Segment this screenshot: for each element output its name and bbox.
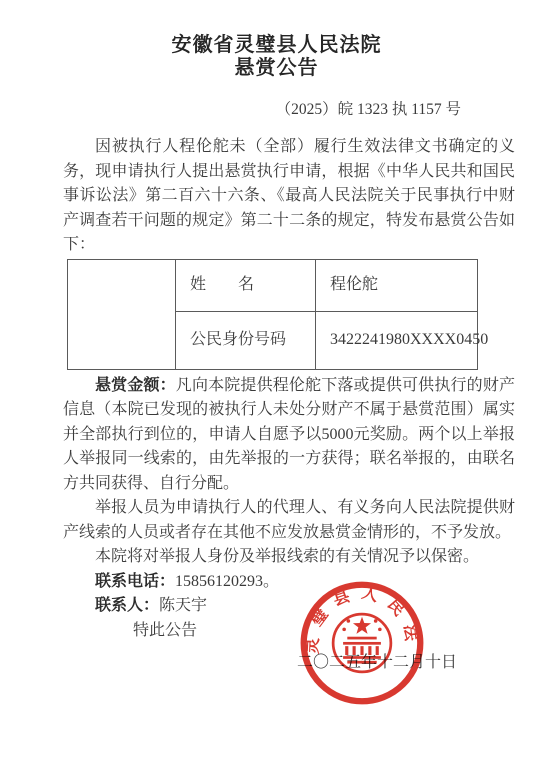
date-line: 二〇二五年十二月十日 [63, 651, 515, 676]
table-cell-id-label: 公民身份号码 [176, 311, 316, 369]
closing-line: 特此公告 [63, 619, 515, 644]
table-row: 姓 名 程伦舵 [68, 259, 478, 311]
table-cell-name-value: 程伦舵 [316, 259, 478, 311]
contact-value: 陈天宇 [159, 597, 207, 614]
phone-label: 联系电话： [95, 573, 175, 590]
phone-line: 联系电话：15856120293。 [63, 570, 515, 595]
subject-info-table: 姓 名 程伦舵 公民身份号码 3422241980XXXX0450 [67, 259, 478, 370]
document-header: 安徽省灵璧县人民法院 悬赏公告 [0, 0, 553, 80]
court-name: 安徽省灵璧县人民法院 [0, 34, 553, 57]
exclusion-paragraph: 举报人员为申请执行人的代理人、有义务向人民法院提供财产线索的人员或者存在其他不应… [63, 496, 515, 545]
table-cell-id-value: 3422241980XXXX0450 [316, 311, 478, 369]
contact-label: 联系人： [95, 597, 159, 614]
reward-amount-label: 悬赏金额： [95, 377, 176, 394]
court-announcement-document: 安徽省灵璧县人民法院 悬赏公告 （2025）皖 1323 执 1157 号 因被… [0, 0, 553, 782]
confidentiality-paragraph: 本院将对举报人身份及举报线索的有关情况予以保密。 [63, 545, 515, 570]
reward-paragraph: 悬赏金额：凡向本院提供程伦舵下落或提供可供执行的财产信息（本院已发现的被执行人未… [63, 374, 515, 497]
intro-paragraph: 因被执行人程伦舵未（全部）履行生效法律文书确定的义务，现申请执行人提出悬赏执行申… [63, 135, 515, 258]
document-title: 悬赏公告 [0, 57, 553, 80]
contact-line: 联系人：陈天宇 [63, 594, 515, 619]
table-cell-name-label: 姓 名 [176, 259, 316, 311]
case-number: （2025）皖 1323 执 1157 号 [0, 97, 553, 119]
document-body: 因被执行人程伦舵未（全部）履行生效法律文书确定的义务，现申请执行人提出悬赏执行申… [63, 135, 515, 676]
table-cell-empty [68, 259, 176, 369]
phone-value: 15856120293。 [175, 573, 279, 590]
